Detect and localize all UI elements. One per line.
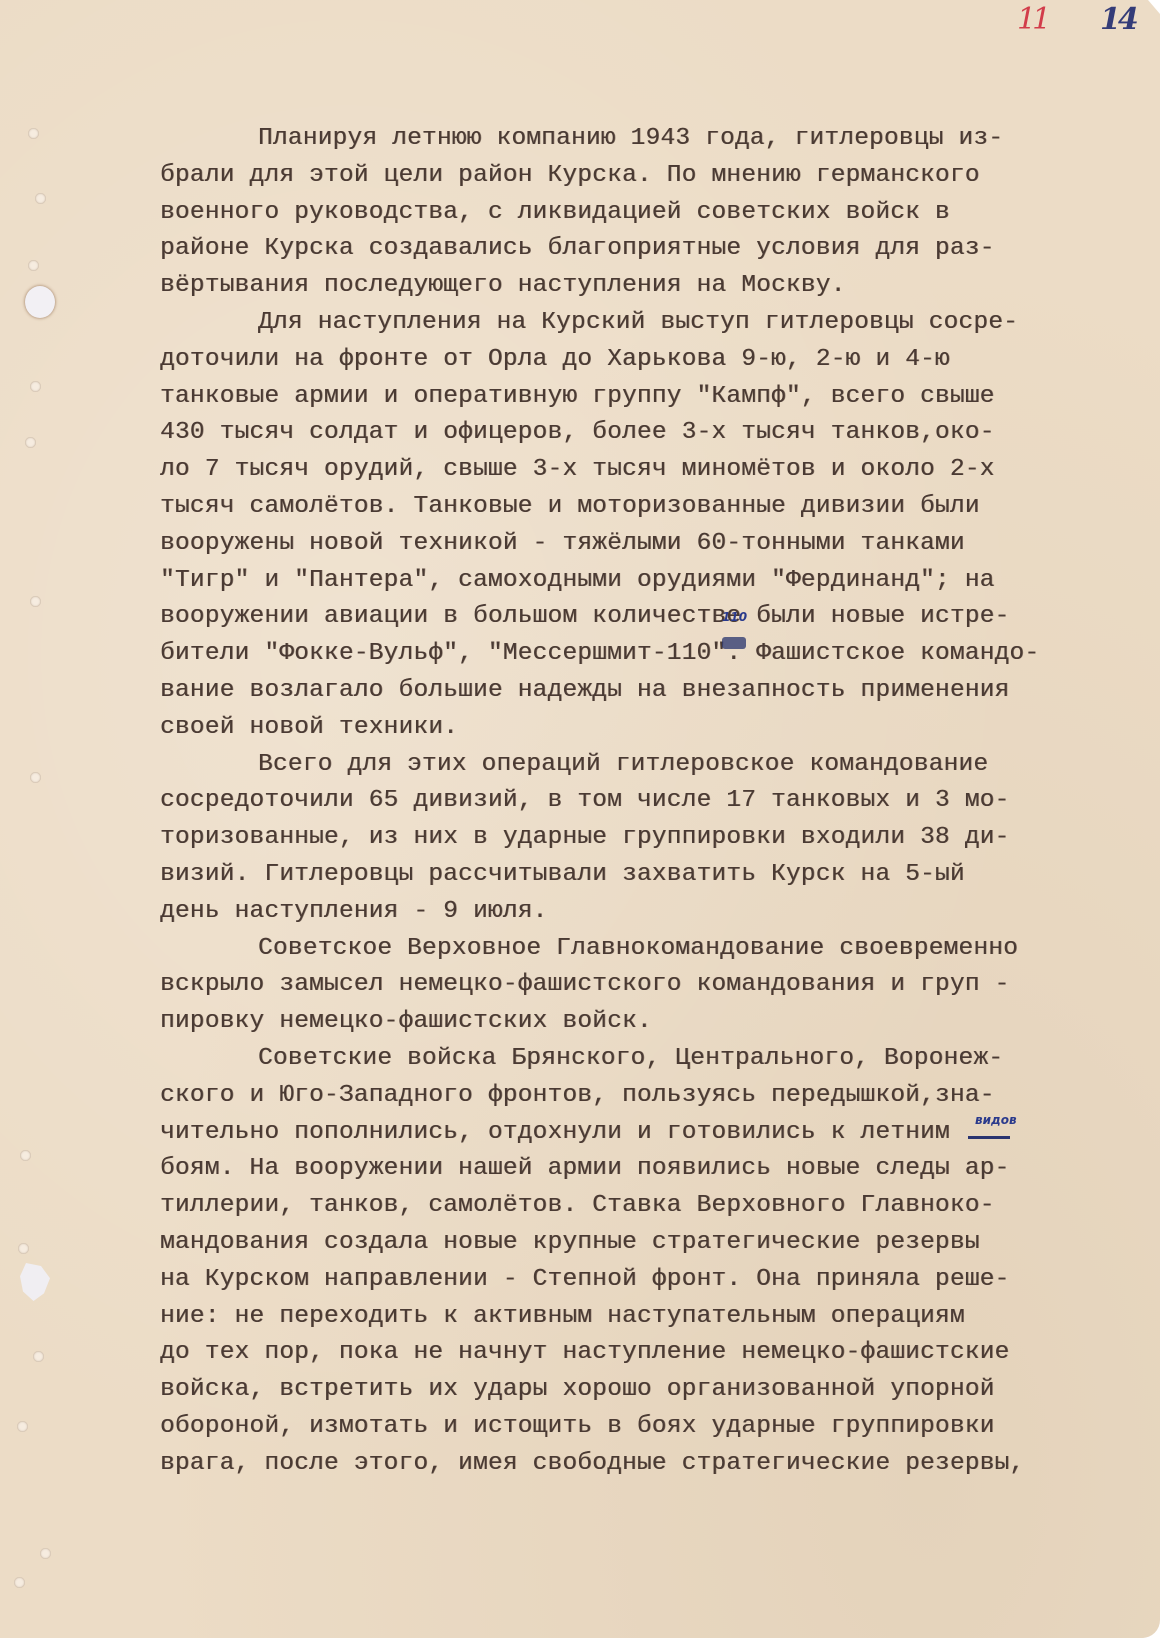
binder-hole — [35, 193, 46, 204]
archive-number-red: 11 — [1017, 2, 1047, 37]
typed-line: вооружены новой техникой - тяжёлыми 60-т… — [160, 526, 1120, 563]
typed-line: торизованные, из них в ударные группиров… — [160, 820, 1120, 857]
typed-line: сосредоточили 65 дивизий, в том числе 17… — [160, 783, 1120, 820]
binder-hole — [28, 260, 39, 271]
typed-line: обороной, измотать и истощить в боях уда… — [160, 1409, 1120, 1446]
typed-line: танковые армии и оперативную группу "Кам… — [160, 379, 1120, 416]
binder-hole — [28, 128, 39, 139]
ink-blot-correction — [722, 637, 746, 649]
typed-line: до тех пор, пока не начнут наступление н… — [160, 1335, 1120, 1372]
typed-line: тысяч самолётов. Танковые и моторизованн… — [160, 489, 1120, 526]
typed-line: брали для этой цели район Курска. По мне… — [160, 158, 1120, 195]
typed-line: день наступления - 9 июля. — [160, 894, 1120, 931]
binder-hole — [18, 1243, 29, 1254]
typed-line: пировку немецко-фашистских войск. — [160, 1004, 1120, 1041]
typed-line: Всего для этих операций гитлеровское ком… — [160, 747, 1120, 784]
typed-line: "Тигр" и "Пантера", самоходными орудиями… — [160, 563, 1120, 600]
typed-line: мандования создала новые крупные стратег… — [160, 1225, 1120, 1262]
typed-line: Планируя летнюю компанию 1943 года, гитл… — [160, 121, 1120, 158]
typed-text-body: Планируя летнюю компанию 1943 года, гитл… — [160, 121, 1120, 1482]
typed-line: вооружении авиации в большом количестве … — [160, 599, 1120, 636]
typed-line: Советское Верховное Главнокомандование с… — [160, 931, 1120, 968]
typed-line: боям. На вооружении нашей армии появилис… — [160, 1151, 1120, 1188]
typed-line: ние: не переходить к активным наступател… — [160, 1299, 1120, 1336]
typed-line: тиллерии, танков, самолётов. Ставка Верх… — [160, 1188, 1120, 1225]
binder-hole — [17, 1421, 28, 1432]
binder-hole — [30, 381, 41, 392]
strikethrough-mark — [968, 1136, 1010, 1139]
typed-line: 430 тысяч солдат и офицеров, более 3-х т… — [160, 415, 1120, 452]
typed-line: вскрыло замысел немецко-фашистского кома… — [160, 967, 1120, 1004]
typed-line: районе Курска создавались благоприятные … — [160, 231, 1120, 268]
typed-line: доточили на фронте от Орла до Харькова 9… — [160, 342, 1120, 379]
binder-hole — [40, 1548, 51, 1559]
binder-hole — [14, 1577, 25, 1588]
typed-line: Для наступления на Курский выступ гитлер… — [160, 305, 1120, 342]
typed-line: визий. Гитлеровцы рассчитывали захватить… — [160, 857, 1120, 894]
binder-hole — [30, 772, 41, 783]
typed-line: вёртывания последующего наступления на М… — [160, 268, 1120, 305]
typed-line: на Курском направлении - Степной фронт. … — [160, 1262, 1120, 1299]
typed-line: военного руководства, с ликвидацией сове… — [160, 195, 1120, 232]
page-number-blue: 14 — [1100, 2, 1136, 37]
typed-line: своей новой техники. — [160, 710, 1120, 747]
handwritten-correction-vidov: видов — [975, 1113, 1017, 1127]
typed-line: Советские войска Брянского, Центрального… — [160, 1041, 1120, 1078]
binder-hole — [33, 1351, 44, 1362]
typed-line: вание возлагало большие надежды на внеза… — [160, 673, 1120, 710]
binder-hole — [25, 437, 36, 448]
handwritten-correction-110: 110 — [722, 610, 747, 624]
typed-line: ло 7 тысяч орудий, свыше 3-х тысяч мином… — [160, 452, 1120, 489]
typed-line: бители "Фокке-Вульф", "Мессершмит-110". … — [160, 636, 1120, 673]
typed-line: ского и Юго-Западного фронтов, пользуясь… — [160, 1078, 1120, 1115]
binder-punch-hole — [25, 286, 55, 318]
typed-line: войска, встретить их удары хорошо органи… — [160, 1372, 1120, 1409]
torn-punch-hole — [20, 1263, 50, 1301]
binder-hole — [30, 596, 41, 607]
typed-line: врага, после этого, имея свободные страт… — [160, 1446, 1120, 1483]
binder-hole — [20, 1150, 31, 1161]
